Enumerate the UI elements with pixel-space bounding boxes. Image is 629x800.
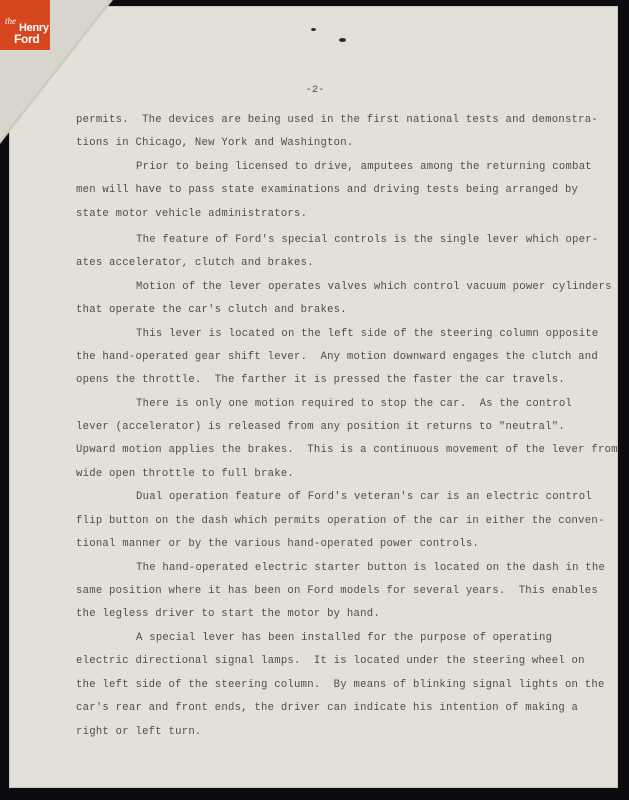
- text-line: ates accelerator, clutch and brakes.: [76, 257, 314, 269]
- text-line: Motion of the lever operates valves whic…: [136, 281, 612, 293]
- text-line: tional manner or by the various hand-ope…: [76, 538, 479, 550]
- text-line: the legless driver to start the motor by…: [76, 608, 380, 620]
- text-line: the left side of the steering column. By…: [76, 679, 605, 691]
- text-line: right or left turn.: [76, 726, 202, 738]
- text-line: car's rear and front ends, the driver ca…: [76, 702, 578, 714]
- text-line: This lever is located on the left side o…: [136, 328, 599, 340]
- text-line: The hand-operated electric starter butto…: [136, 562, 605, 574]
- text-line: lever (accelerator) is released from any…: [76, 421, 565, 433]
- logo-text-ford: Ford: [14, 33, 39, 45]
- text-line: The feature of Ford's special controls i…: [136, 234, 599, 246]
- text-line: There is only one motion required to sto…: [136, 398, 572, 410]
- logo-text-the: the: [5, 17, 16, 26]
- text-line: the hand-operated gear shift lever. Any …: [76, 351, 598, 363]
- text-line: Dual operation feature of Ford's veteran…: [136, 491, 592, 503]
- text-line: permits. The devices are being used in t…: [76, 114, 598, 126]
- text-line: same position where it has been on Ford …: [76, 585, 598, 597]
- text-line: state motor vehicle administrators.: [76, 208, 307, 220]
- staple-mark-right: [339, 38, 346, 42]
- page-number: -2-: [300, 84, 330, 96]
- text-line: A special lever has been installed for t…: [136, 632, 552, 644]
- text-line: tions in Chicago, New York and Washingto…: [76, 137, 354, 149]
- henry-ford-logo: the Henry Ford: [0, 0, 50, 50]
- text-line: Prior to being licensed to drive, ampute…: [136, 161, 592, 173]
- staple-mark-left: [311, 28, 316, 31]
- text-line: opens the throttle. The farther it is pr…: [76, 374, 565, 386]
- text-line: wide open throttle to full brake.: [76, 468, 294, 480]
- text-line: men will have to pass state examinations…: [76, 184, 578, 196]
- text-line: that operate the car's clutch and brakes…: [76, 304, 347, 316]
- text-line: electric directional signal lamps. It is…: [76, 655, 585, 667]
- text-line: flip button on the dash which permits op…: [76, 515, 605, 527]
- text-line: Upward motion applies the brakes. This i…: [76, 444, 618, 456]
